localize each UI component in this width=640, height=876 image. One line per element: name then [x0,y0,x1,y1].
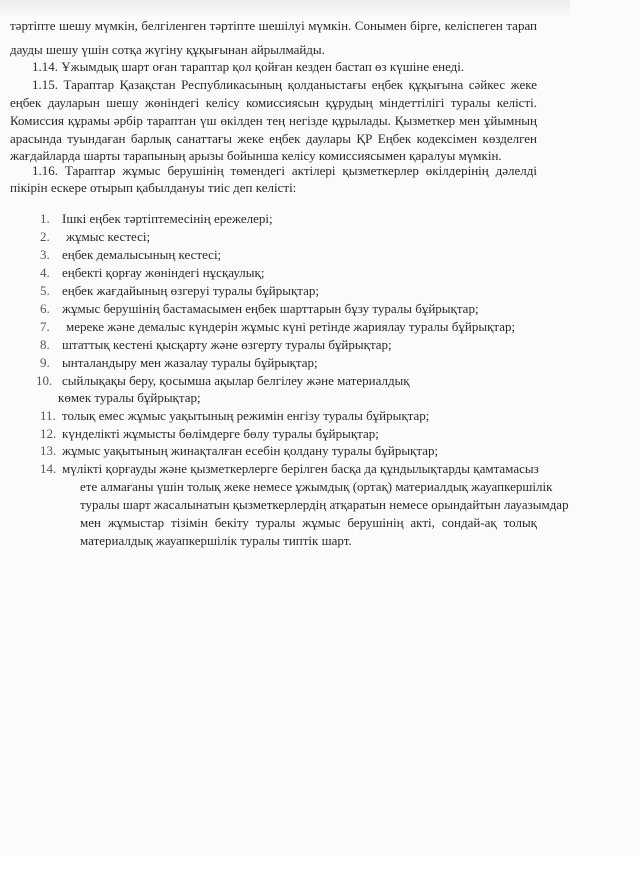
list-item: сыйлықақы беру, қосымша ақылар белгілеу … [62,373,410,389]
text-line: жағдайларда шарты тарапының арызы бойынш… [10,148,502,164]
list-item: еңбек жағдайының өзгеруі туралы бұйрықта… [62,283,319,299]
list-item: еңбекті қорғау жөніндегі нұсқаулық; [62,265,264,281]
list-number: 2. [40,229,50,245]
list-item: жұмыс уақытының жинақталған есебін қолда… [62,443,438,459]
text-line: тәртіпте шешу мүмкін, белгіленген тәртіп… [10,18,537,34]
text-line: 1.14. Ұжымдық шарт оған тараптар қол қой… [32,59,464,75]
list-item-continued: ете алмағаны үшін толық жеке немесе ұжым… [80,479,537,495]
text-line: дауды шешу үшін сотқа жүгіну құқығынан а… [10,42,325,58]
list-number: 13. [40,443,56,459]
text-line: Комиссия құрамы әрбір тараптан үш өкілде… [10,113,537,129]
list-number: 3. [40,247,50,263]
text-line: 1.16. Тараптар жұмыс берушінің төмендегі… [32,163,537,179]
list-item-continued: көмек туралы бұйрықтар; [58,390,201,406]
list-number: 10. [36,373,52,389]
list-item: толық емес жұмыс уақытының режимін енгіз… [62,408,429,424]
text-line: пікірін ескере отырып қабылдануы тиіс де… [10,180,296,196]
list-item: еңбек демалысының кестесі; [62,247,221,263]
text-line: 1.15. Тараптар Қазақстан Республикасының… [32,77,537,93]
list-item: штаттық кестені қысқарту және өзгерту ту… [62,337,392,353]
list-number: 7. [40,319,50,335]
list-number: 11. [40,408,56,424]
list-number: 12. [40,426,56,442]
list-item-continued: мен жұмыстар тізімін бекіту туралы жұмыс… [80,515,537,531]
scanned-page: тәртіпте шешу мүмкін, белгіленген тәртіп… [0,0,640,856]
list-number: 4. [40,265,50,281]
list-number: 5. [40,283,50,299]
list-number: 1. [40,211,50,227]
list-item: күнделікті жұмысты бөлімдерге бөлу турал… [62,426,379,442]
list-number: 8. [40,337,50,353]
list-item-continued: материалдық жауапкершілік туралы типтік … [80,533,352,549]
list-number: 14. [40,461,56,477]
list-number: 6. [40,301,50,317]
list-item: мүлікті қорғауды және қызметкерлерге бер… [62,461,537,477]
list-item-continued: туралы шарт жасалынатын қызметкерлердің … [80,497,537,513]
text-line: еңбек дауларын шешу жөніндегі келісу ком… [10,95,537,111]
list-item: ынталандыру мен жазалау туралы бұйрықтар… [62,355,318,371]
list-item: жұмыс кестесі; [66,229,150,245]
list-item: жұмыс берушінің бастамасымен еңбек шартт… [62,301,479,317]
list-item: мереке және демалыс күндерін жұмыс күні … [66,319,515,335]
list-item: Ішкі еңбек тәртіптемесінің ережелері; [62,211,273,227]
top-shadow [0,0,570,18]
list-number: 9. [40,355,50,371]
text-line: арасында туындаған барлық санаттағы жеке… [10,131,537,147]
